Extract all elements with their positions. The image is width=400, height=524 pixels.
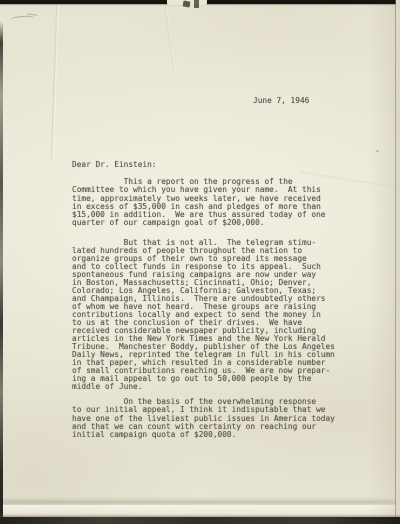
letter-paragraph-2: But that is not all. The telegram stimu-… [72, 239, 335, 391]
paper-bottom-edge [2, 505, 398, 516]
letter-paragraph-3: On the basis of the overwhelming respons… [72, 398, 335, 439]
paper-speck [376, 150, 379, 152]
letter-paper: June 7, 1946 Dear Dr. Einstein: This a r… [0, 0, 400, 524]
paper-bottom-crease [0, 497, 400, 506]
paper-crease [163, 0, 175, 73]
paper-right-shading [368, 0, 396, 524]
letter-paragraph-1: This a report on the progress of the Com… [72, 178, 325, 228]
paper-crease [50, 0, 60, 161]
letter-salutation: Dear Dr. Einstein: [72, 161, 157, 169]
letter-date: June 7, 1946 [253, 97, 309, 105]
